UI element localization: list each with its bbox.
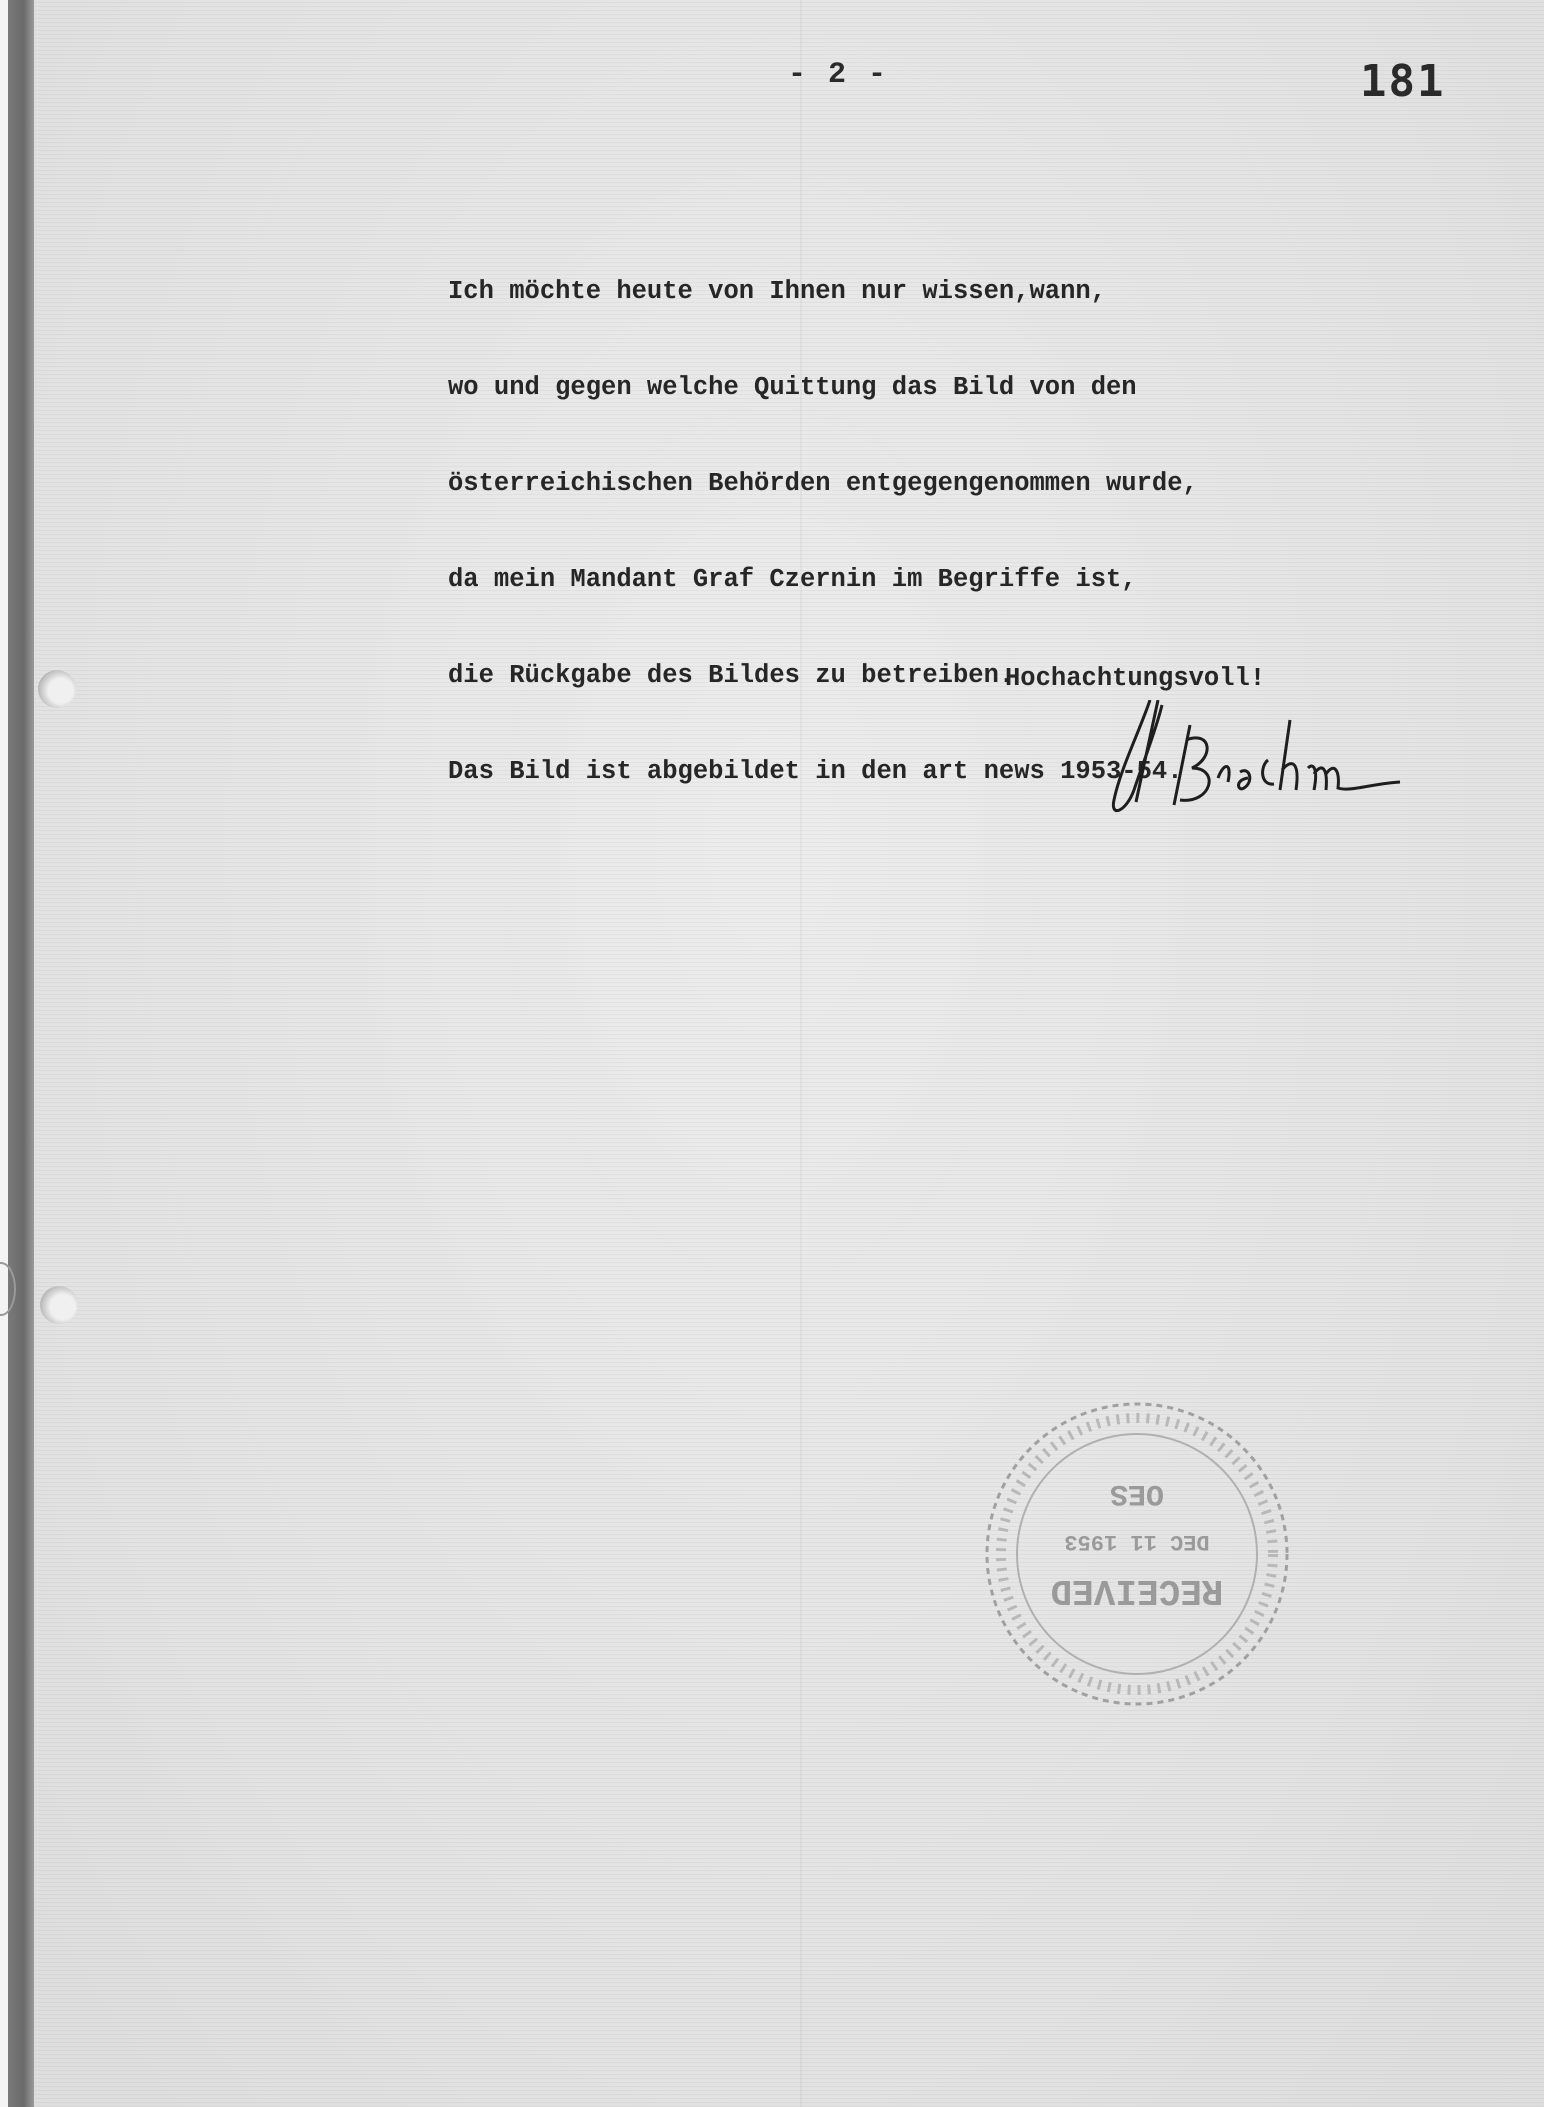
closing-salutation: Hochachtungsvoll! <box>1005 664 1265 693</box>
folio-number: 181 <box>1360 56 1445 107</box>
stamp-top-text: OES <box>1110 1476 1164 1510</box>
stamp-label: RECEIVED <box>1051 1570 1224 1611</box>
scan-margin <box>0 0 8 2107</box>
stamp-date: DEC 11 1953 <box>1064 1529 1209 1554</box>
body-line: die Rückgabe des Bildes zu betreiben. <box>448 660 1448 692</box>
binding-edge <box>8 0 34 2107</box>
punch-hole-icon <box>40 1286 78 1324</box>
body-line: Ich möchte heute von Ihnen nur wissen,wa… <box>448 276 1448 308</box>
body-line: österreichischen Behörden entgegengenomm… <box>448 468 1448 500</box>
document-page: - 2 - 181 Ich möchte heute von Ihnen nur… <box>0 0 1544 2107</box>
body-line: wo und gegen welche Quittung das Bild vo… <box>448 372 1448 404</box>
received-stamp: OES DEC 11 1953 RECEIVED <box>975 1392 1300 1717</box>
page-number: - 2 - <box>788 58 888 92</box>
signature-icon <box>1100 700 1420 820</box>
body-line: da mein Mandant Graf Czernin im Begriffe… <box>448 564 1448 596</box>
punch-hole-icon <box>38 670 76 708</box>
